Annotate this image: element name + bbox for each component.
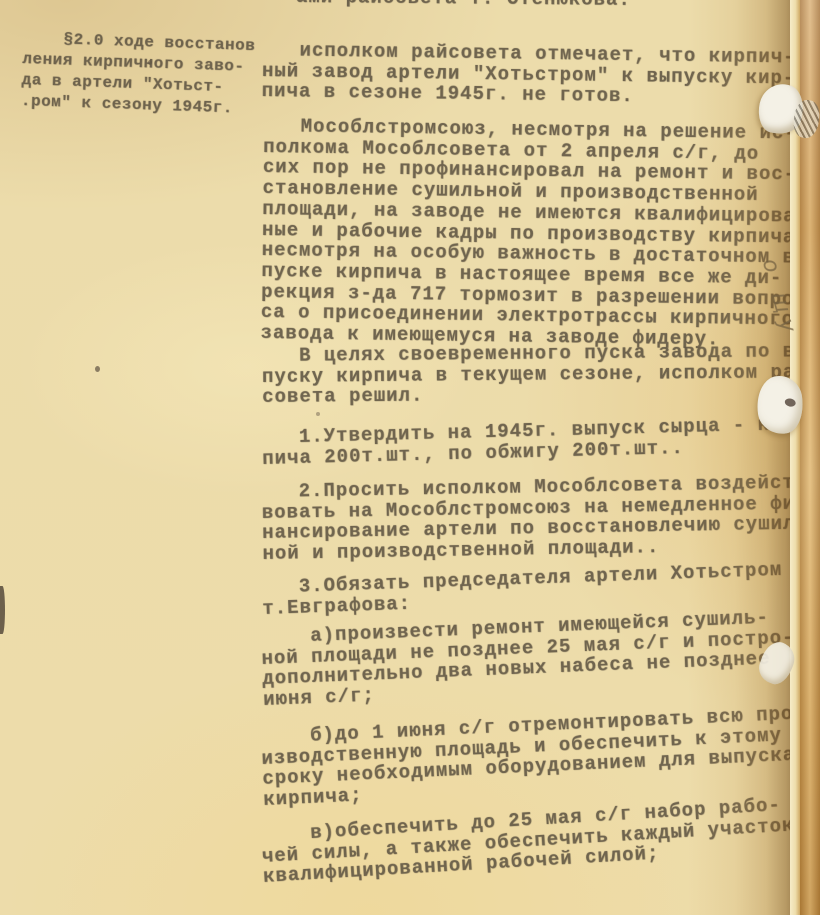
ink-speck bbox=[316, 412, 320, 416]
margin-heading: §2.0 ходе восстановления кирпичного заво… bbox=[21, 28, 256, 120]
ink-speck bbox=[95, 366, 100, 372]
page-fold-shadow bbox=[688, 0, 792, 915]
page-edge-highlight bbox=[790, 0, 800, 915]
page-header-fragment: ами райсовета т. Стенюкова. bbox=[296, 0, 631, 11]
edge-blemish bbox=[0, 586, 5, 634]
document-scan: ами райсовета т. Стенюкова. §2.0 ходе во… bbox=[0, 0, 820, 915]
